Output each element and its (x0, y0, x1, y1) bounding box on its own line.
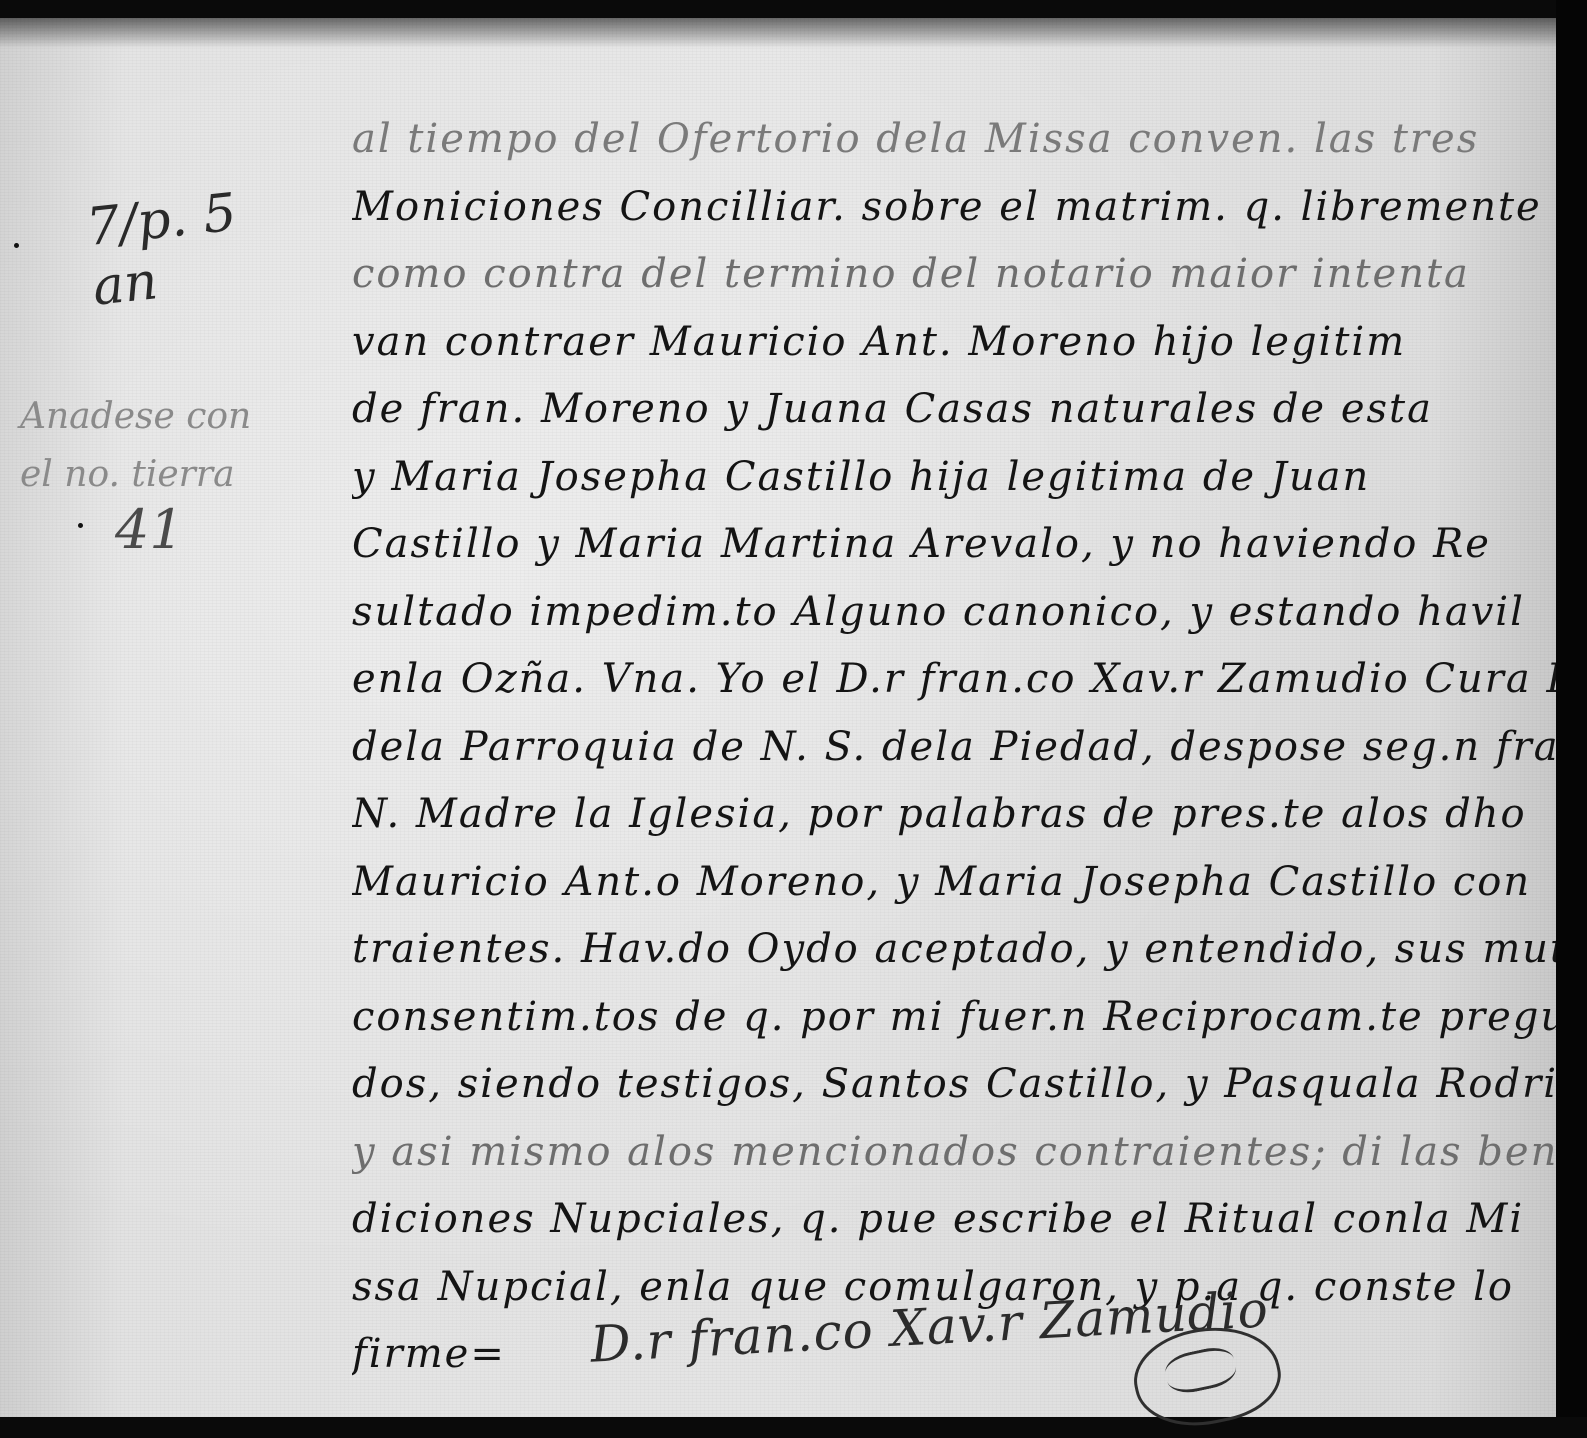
text-line: y asi mismo alos mencionados contraiente… (352, 1119, 1562, 1187)
text-line: diciones Nupciales, q. pue escribe el Ri… (352, 1186, 1562, 1254)
text-line: van contraer Mauricio Ant. Moreno hijo l… (352, 309, 1562, 377)
margin-reference: 7/p. 5 an (84, 175, 315, 317)
left-margin: 7/p. 5 an Anadese con el no. tierra 41 (20, 198, 310, 561)
ink-dot (78, 523, 83, 528)
text-line: dela Parroquia de N. S. dela Piedad, des… (352, 714, 1562, 782)
paper-page: 7/p. 5 an Anadese con el no. tierra 41 a… (0, 18, 1556, 1417)
margin-note-line: Anadese con (20, 388, 310, 446)
text-line: Castillo y Maria Martina Arevalo, y no h… (352, 511, 1562, 579)
bleed-through-line (20, 678, 320, 750)
bleed-through-line (20, 822, 320, 894)
signature-block: D.r fran.co Xav.r Zamudio (580, 1268, 1300, 1417)
text-line: Mauricio Ant.o Moreno, y Maria Josepha C… (352, 849, 1562, 917)
scan-top-shadow (0, 18, 1556, 48)
text-line: como contra del termino del notario maio… (352, 241, 1562, 309)
bleed-through-text (20, 678, 320, 966)
scan-border (1556, 0, 1587, 1417)
text-line: al tiempo del Ofertorio dela Missa conve… (352, 106, 1562, 174)
margin-number: 41 (115, 498, 310, 561)
text-line: Moniciones Concilliar. sobre el matrim. … (352, 174, 1562, 242)
ink-dot (14, 243, 19, 248)
margin-note-line: el no. tierra (20, 446, 310, 504)
text-line: y Maria Josepha Castillo hija legitima d… (352, 444, 1562, 512)
text-line: enla Ozña. Vna. Yo el D.r fran.co Xav.r … (352, 646, 1562, 714)
text-line: N. Madre la Iglesia, por palabras de pre… (352, 781, 1562, 849)
text-line: de fran. Moreno y Juana Casas naturales … (352, 376, 1562, 444)
text-line: dos, siendo testigos, Santos Castillo, y… (352, 1051, 1562, 1119)
margin-note: Anadese con el no. tierra (20, 388, 310, 504)
bleed-through-line (20, 894, 320, 966)
bleed-through-line (20, 750, 320, 822)
text-line: sultado impedim.to Alguno canonico, y es… (352, 579, 1562, 647)
text-line: consentim.tos de q. por mi fuer.n Recipr… (352, 984, 1562, 1052)
record-body: al tiempo del Ofertorio dela Missa conve… (352, 106, 1562, 1389)
document-scan: 7/p. 5 an Anadese con el no. tierra 41 a… (0, 0, 1587, 1417)
text-line: traientes. Hav.do Oydo aceptado, y enten… (352, 916, 1562, 984)
